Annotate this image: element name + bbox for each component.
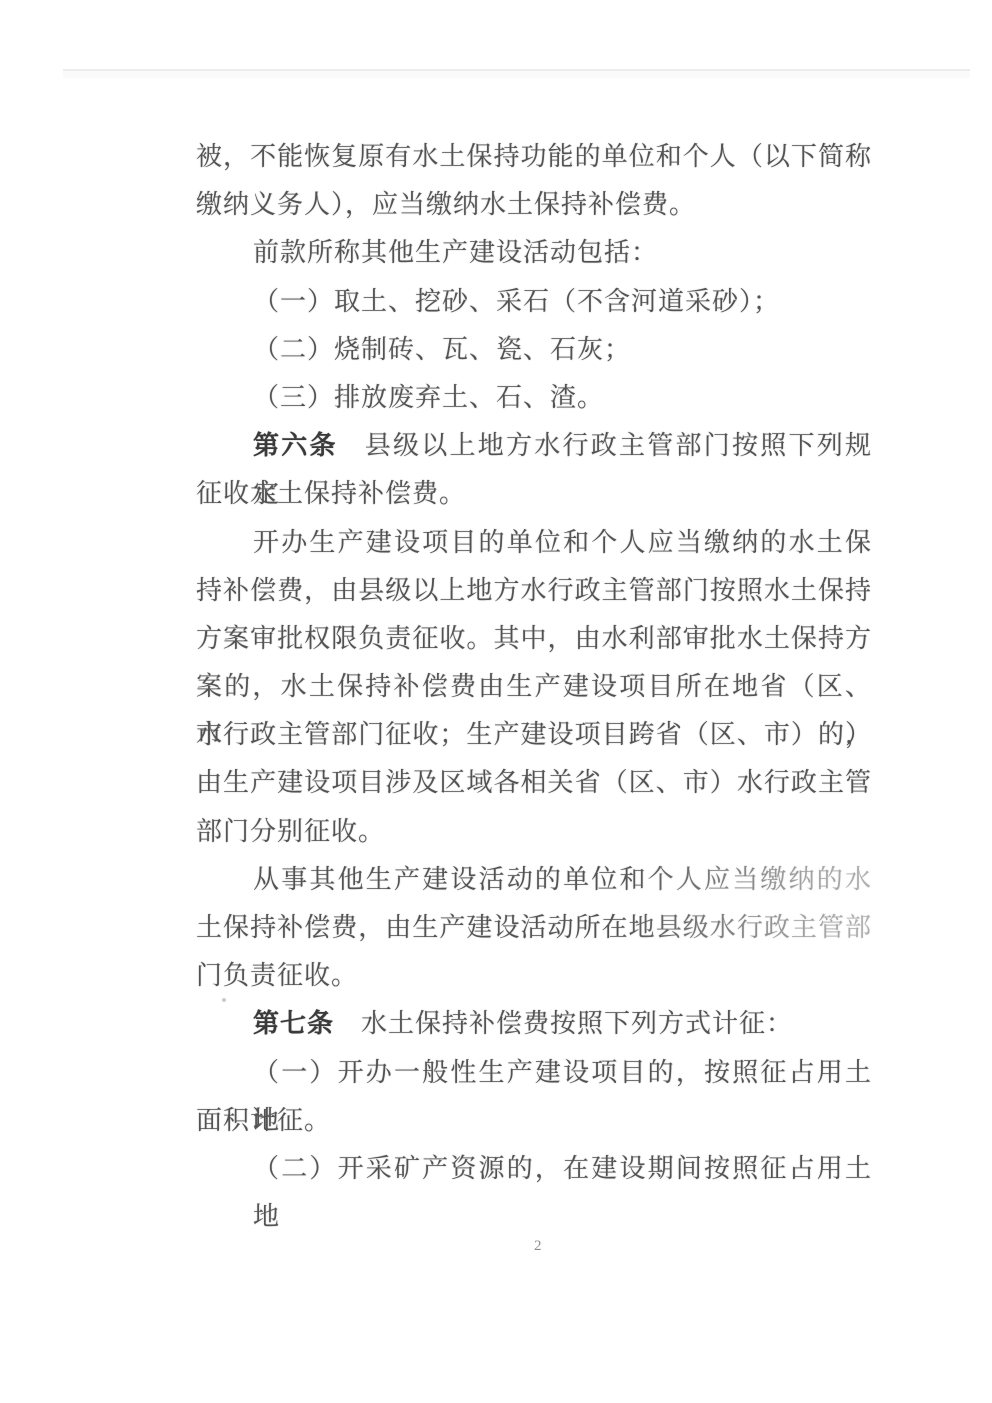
text-line: 开办生产建设项目的单位和个人应当缴纳的水土保 <box>196 519 872 567</box>
page-number: 2 <box>534 1238 542 1255</box>
text-line: 征收水土保持补偿费。 <box>196 470 872 518</box>
text-line: 案的，水土保持补偿费由生产建设项目所在地省（区、市） <box>196 663 872 711</box>
text-line: 由生产建设项目涉及区域各相关省（区、市）水行政主管 <box>196 759 872 807</box>
text-line: 土保持补偿费，由生产建设活动所在地县级水行政主管部 <box>196 904 872 952</box>
text-line: 缴纳义务人），应当缴纳水土保持补偿费。 <box>196 181 872 229</box>
scan-ink-speck <box>222 998 226 1002</box>
text-line: 被，不能恢复原有水土保持功能的单位和个人（以下简称 <box>196 133 872 181</box>
line-text: 水土保持补偿费按照下列方式计征： <box>361 1009 793 1038</box>
text-line: 水行政主管部门征收；生产建设项目跨省（区、市）的， <box>196 711 872 759</box>
text-line: 门负责征收。 <box>196 952 872 1000</box>
text-line: （一）开办一般性生产建设项目的，按照征占用土地 <box>196 1049 872 1097</box>
scanned-document-page: 被，不能恢复原有水土保持功能的单位和个人（以下简称缴纳义务人），应当缴纳水土保持… <box>0 0 992 1403</box>
text-line: 部门分别征收。 <box>196 808 872 856</box>
text-line: （三）排放废弃土、石、渣。 <box>196 374 872 422</box>
text-line: （一）取土、挖砂、采石（不含河道采砂）； <box>196 278 872 326</box>
text-line: 方案审批权限负责征收。其中，由水利部审批水土保持方 <box>196 615 872 663</box>
text-line: 前款所称其他生产建设活动包括： <box>196 229 872 277</box>
article-number: 第七条 <box>253 1009 334 1038</box>
text-line: （二）开采矿产资源的，在建设期间按照征占用土地 <box>196 1145 872 1193</box>
article-number: 第六条 <box>253 431 338 460</box>
text-line: 第七条水土保持补偿费按照下列方式计征： <box>196 1000 872 1048</box>
text-line: 从事其他生产建设活动的单位和个人应当缴纳的水 <box>196 856 872 904</box>
scan-top-band <box>63 71 970 78</box>
text-line: （二）烧制砖、瓦、瓷、石灰； <box>196 326 872 374</box>
document-text-block: 被，不能恢复原有水土保持功能的单位和个人（以下简称缴纳义务人），应当缴纳水土保持… <box>196 133 872 1193</box>
text-line: 持补偿费，由县级以上地方水行政主管部门按照水土保持 <box>196 567 872 615</box>
text-line: 面积计征。 <box>196 1097 872 1145</box>
text-line: 第六条县级以上地方水行政主管部门按照下列规定 <box>196 422 872 470</box>
